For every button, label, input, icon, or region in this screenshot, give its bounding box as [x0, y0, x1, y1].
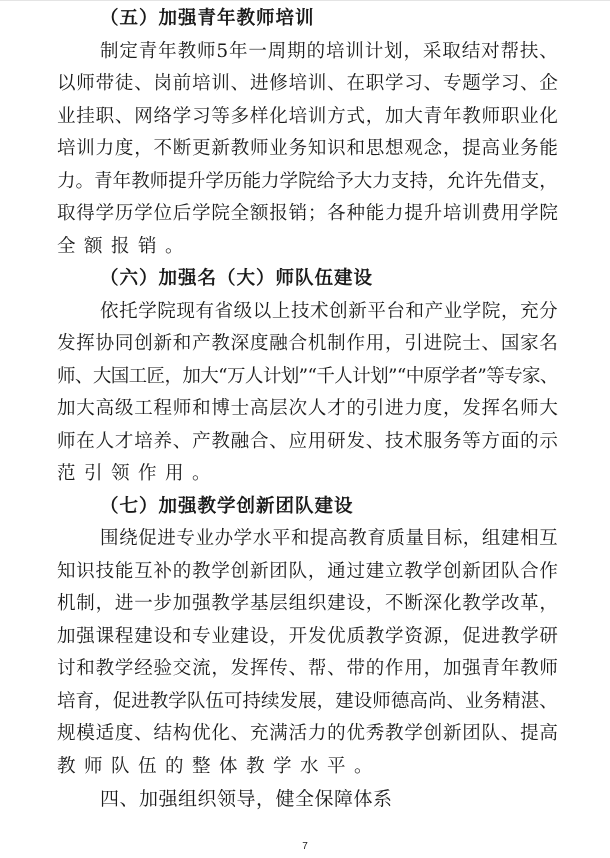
paragraph-line: 以师带徒、岗前培训、进修培训、在职学习、专题学习、企 [57, 68, 558, 101]
paragraph-line: 取得学历学位后学院全额报销；各种能力提升培训费用学院 [57, 198, 558, 231]
paragraph-line: 发挥协同创新和产教深度融合机制作用，引进院士、国家名 [57, 328, 558, 361]
section-heading-5: （五）加强青年教师培训 [57, 3, 558, 36]
paragraph-line: 力。青年教师提升学历能力学院给予大力支持，允许先借支， [57, 166, 558, 199]
paragraph-line: 范引领作用。 [57, 458, 558, 491]
section-heading-7: （七）加强教学创新团队建设 [57, 491, 558, 524]
paragraph-line: 教师队伍的整体教学水平。 [57, 751, 558, 784]
paragraph-line: 培育，促进教学队伍可持续发展，建设师德高尚、业务精湛、 [57, 686, 558, 719]
paragraph-line: 加大高级工程师和博士高层次人才的引进力度，发挥名师大 [57, 393, 558, 426]
paragraph-line: 全额报销。 [57, 231, 558, 264]
page-top-edge [0, 0, 610, 1]
paragraph-line: 依托学院现有省级以上技术创新平台和产业学院，充分 [57, 296, 558, 329]
paragraph-line: 讨和教学经验交流，发挥传、帮、带的作用，加强青年教师 [57, 653, 558, 686]
paragraph-line: 业挂职、网络学习等多样化培训方式，加大青年教师职业化 [57, 101, 558, 134]
paragraph-line: 知识技能互补的教学创新团队，通过建立教学创新团队合作 [57, 556, 558, 589]
section-heading-6: （六）加强名（大）师队伍建设 [57, 263, 558, 296]
paragraph-line: 规模适度、结构优化、充满活力的优秀教学创新团队、提高 [57, 718, 558, 751]
page-number: 7 [0, 841, 610, 852]
paragraph-line: 师、大国工匠，加大“万人计划”“千人计划”“中原学者”等专家、 [57, 361, 558, 394]
paragraph-line: 制定青年教师5年一周期的培训计划，采取结对帮扶、 [57, 36, 558, 69]
paragraph-line: 围绕促进专业办学水平和提高教育质量目标，组建相互 [57, 523, 558, 556]
chapter-heading-4: 四、加强组织领导，健全保障体系 [57, 783, 558, 816]
document-page: （五）加强青年教师培训 制定青年教师5年一周期的培训计划，采取结对帮扶、 以师带… [57, 3, 558, 816]
paragraph-line: 师在人才培养、产教融合、应用研发、技术服务等方面的示 [57, 426, 558, 459]
paragraph-line: 加强课程建设和专业建设，开发优质教学资源，促进教学研 [57, 621, 558, 654]
paragraph-line: 机制，进一步加强教学基层组织建设，不断深化教学改革， [57, 588, 558, 621]
paragraph-line: 培训力度，不断更新教师业务知识和思想观念，提高业务能 [57, 133, 558, 166]
